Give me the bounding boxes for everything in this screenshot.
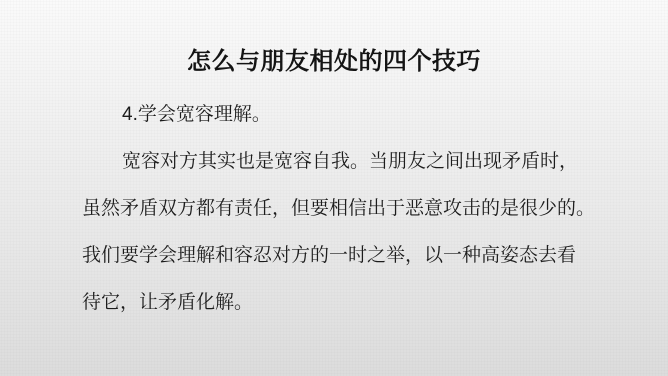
body-line: 宽容对方其实也是宽容自我。当朋友之间出现矛盾时， (82, 138, 608, 185)
slide-title: 怎么与朋友相处的四个技巧 (0, 48, 668, 76)
body-line: 待它，让矛盾化解。 (82, 279, 608, 326)
presentation-slide: 怎么与朋友相处的四个技巧 4.学会宽容理解。 宽容对方其实也是宽容自我。当朋友之… (0, 0, 668, 376)
body-line: 我们要学会理解和容忍对方的一时之举，以一种高姿态去看 (82, 232, 608, 279)
slide-body-textbox: 4.学会宽容理解。 宽容对方其实也是宽容自我。当朋友之间出现矛盾时， 虽然矛盾双… (82, 91, 608, 326)
body-line: 虽然矛盾双方都有责任，但要相信出于恶意攻击的是很少的。 (82, 185, 608, 232)
body-line-point-number: 4.学会宽容理解。 (82, 91, 608, 138)
